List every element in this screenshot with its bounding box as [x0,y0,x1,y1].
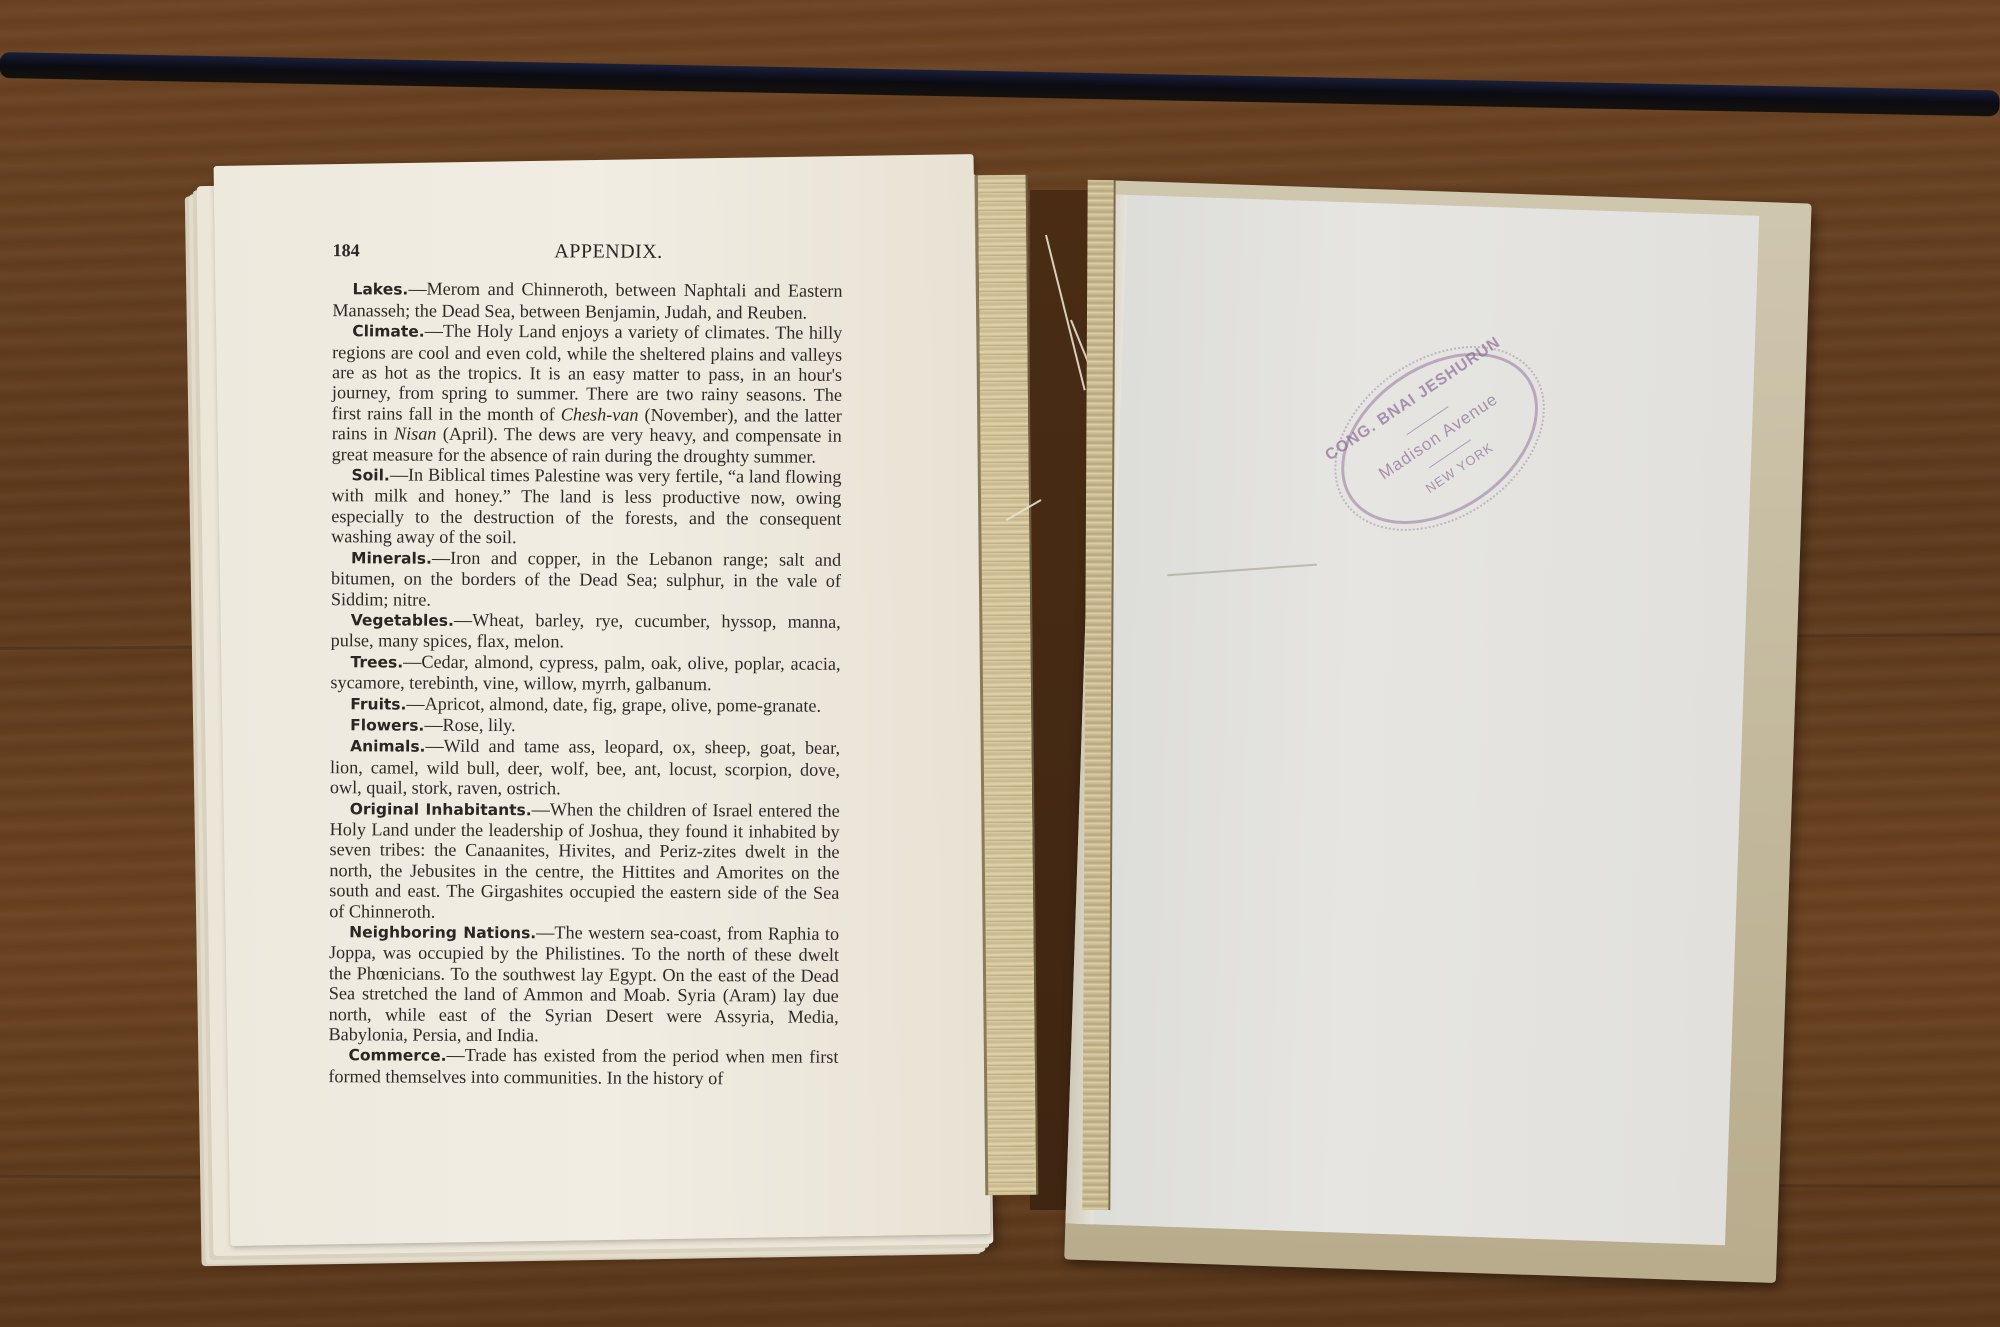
entry-term: Minerals. [351,549,432,567]
entry-lakes: Lakes.—Merom and Chinneroth, between Nap… [332,279,842,323]
entry-animals: Animals.—Wild and tame ass, leopard, ox,… [330,736,840,801]
entry-term: Lakes. [352,281,408,299]
spine-binding-left [975,175,1039,1195]
entry-text: —In Biblical times Palestine was very fe… [331,465,841,548]
entry-commerce: Commerce.—Trade has existed from the per… [328,1045,838,1089]
page-number: 184 [333,240,360,261]
entry-term: Climate. [352,322,425,340]
entry-soil: Soil.—In Biblical times Palestine was ve… [331,464,841,549]
entry-term: Commerce. [348,1047,446,1066]
entry-flowers: Flowers.—Rose, lily. [330,714,840,738]
entry-italic: Nisan [394,424,437,444]
library-stamp: CONG. BNAI JESHURUN Madison Avenue NEW Y… [1309,317,1570,559]
entry-term: Trees. [350,653,403,671]
entry-term: Neighboring Nations. [349,923,536,942]
entry-text: —Apricot, almond, date, fig, grape, oliv… [406,693,821,715]
entry-text: —Merom and Chinneroth, between Naphtali … [332,279,842,322]
entry-neighboring-nations: Neighboring Nations.—The western sea-coa… [329,921,840,1047]
right-inside-cover: CONG. BNAI JESHURUN Madison Avenue NEW Y… [1064,180,1811,1283]
entry-italic: Chesh-van [561,404,639,424]
entry-term: Soil. [351,466,389,484]
paper-crease [1167,564,1317,577]
left-page: 184 APPENDIX. Lakes.—Merom and Chinnerot… [214,154,991,1246]
entry-fruits: Fruits.—Apricot, almond, date, fig, grap… [330,693,840,717]
entry-term: Flowers. [350,716,424,734]
running-head: 184 APPENDIX. [333,240,843,263]
entry-term: Fruits. [350,695,406,713]
entry-term: Animals. [350,738,425,756]
entry-text: —Rose, lily. [424,715,515,735]
entry-minerals: Minerals.—Iron and copper, in the Lebano… [331,547,841,612]
page-text-block: 184 APPENDIX. Lakes.—Merom and Chinnerot… [328,240,842,1089]
page-heading: APPENDIX. [554,241,663,262]
entry-original-inhabitants: Original Inhabitants.—When the children … [329,798,840,924]
entry-vegetables: Vegetables.—Wheat, barley, rye, cucumber… [331,609,841,653]
table-crack [0,52,2000,116]
entry-climate: Climate.—The Holy Land enjoys a variety … [332,320,843,467]
entry-text: —Cedar, almond, cypress, palm, oak, oliv… [330,651,840,694]
entry-trees: Trees.—Cedar, almond, cypress, palm, oak… [330,651,840,695]
entry-term: Original Inhabitants. [350,800,532,819]
entry-term: Vegetables. [351,611,454,630]
endpaper: CONG. BNAI JESHURUN Madison Avenue NEW Y… [1075,194,1759,1245]
spine-binding-right [1082,180,1115,1210]
